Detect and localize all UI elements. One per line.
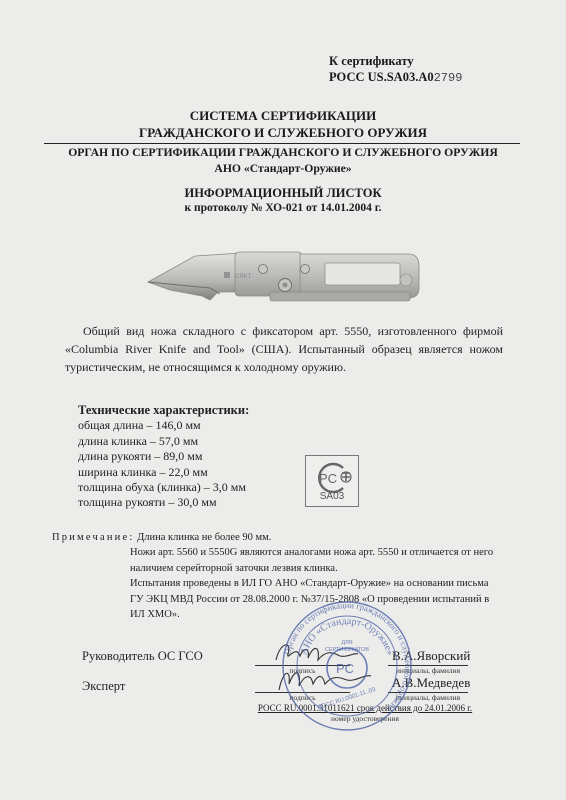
gost-conformity-mark: PC SA03 — [305, 455, 359, 507]
signatory-role-head: Руководитель ОС ГСО — [82, 649, 203, 664]
knife-marking: CRKT — [235, 274, 252, 280]
note-line: Испытания проведены в ИЛ ГО АНО «Стандар… — [130, 576, 510, 592]
accreditation-certificate-number: РОСС RU.0001.31011621 срок действия до 2… — [250, 703, 480, 713]
signature-expert — [275, 664, 375, 694]
certificate-number: РОСС US.SA03.A02799 — [329, 69, 462, 86]
signature-caption: подпись — [255, 693, 350, 702]
note-body: Ножи арт. 5560 и 5550G являются аналогам… — [130, 545, 510, 623]
spec-item: общая длина – 146,0 мм — [78, 418, 249, 433]
certificate-reference-label: К сертификату — [329, 53, 462, 69]
note-label: Примечание: — [52, 532, 134, 543]
system-title-line1: СИСТЕМА СЕРТИФИКАЦИИ — [0, 108, 566, 124]
certification-body-line1: ОРГАН ПО СЕРТИФИКАЦИИ ГРАЖДАНСКОГО И СЛУ… — [0, 145, 566, 160]
note-heading: Примечание: Длина клинка не более 90 мм. — [52, 530, 271, 546]
certificate-number-prefix: РОСС US.SA03.A0 — [329, 70, 434, 84]
spec-item: ширина клинка – 22,0 мм — [78, 465, 249, 480]
specs-title: Технические характеристики: — [78, 403, 249, 418]
knife-photo: CRKT — [140, 230, 430, 310]
spec-item: длина рукояти – 89,0 мм — [78, 449, 249, 464]
certificate-number-stamped: 2799 — [434, 71, 463, 85]
document-title: ИНФОРМАЦИОННЫЙ ЛИСТОК — [0, 185, 566, 201]
system-title-line2: ГРАЖДАНСКОГО И СЛУЖЕБНОГО ОРУЖИЯ — [0, 125, 566, 141]
header-divider — [44, 143, 520, 144]
product-description: Общий вид ножа складного с фиксатором ар… — [65, 322, 503, 376]
name-caption: инициалы, фамилия — [388, 693, 468, 702]
note-first-line: Длина клинка не более 90 мм. — [137, 532, 271, 543]
note-line: ГУ ЭКЦ МВД России от 28.08.2000 г. №37/1… — [130, 592, 510, 608]
svg-text:PC: PC — [319, 471, 337, 486]
certification-body-line2: АНО «Стандарт-Оружие» — [0, 161, 566, 176]
document-page: К сертификату РОСС US.SA03.A02799 СИСТЕМ… — [0, 0, 566, 800]
name-caption: инициалы, фамилия — [388, 666, 468, 675]
accreditation-certificate-caption: номер удостоверения — [250, 714, 480, 723]
spec-item: толщина обуха (клинка) – 3,0 мм — [78, 480, 249, 495]
signatory-name-head: В.А.Яворский — [392, 648, 470, 664]
certificate-reference: К сертификату РОСС US.SA03.A02799 — [329, 53, 462, 86]
gost-mark-code: SA03 — [306, 491, 358, 502]
spec-item: длина клинка – 57,0 мм — [78, 434, 249, 449]
signatory-role-expert: Эксперт — [82, 679, 125, 694]
note-line: наличием серейторной заточки лезвия клин… — [130, 561, 510, 577]
note-line: ИЛ ХМО». — [130, 607, 510, 623]
protocol-reference: к протоколу № ХО-021 от 14.01.2004 г. — [0, 201, 566, 216]
signatory-name-expert: А.В.Медведев — [392, 675, 470, 691]
technical-specifications: Технические характеристики: общая длина … — [78, 403, 249, 511]
note-line: Ножи арт. 5560 и 5550G являются аналогам… — [130, 545, 510, 561]
spec-item: толщина рукояти – 30,0 мм — [78, 495, 249, 510]
